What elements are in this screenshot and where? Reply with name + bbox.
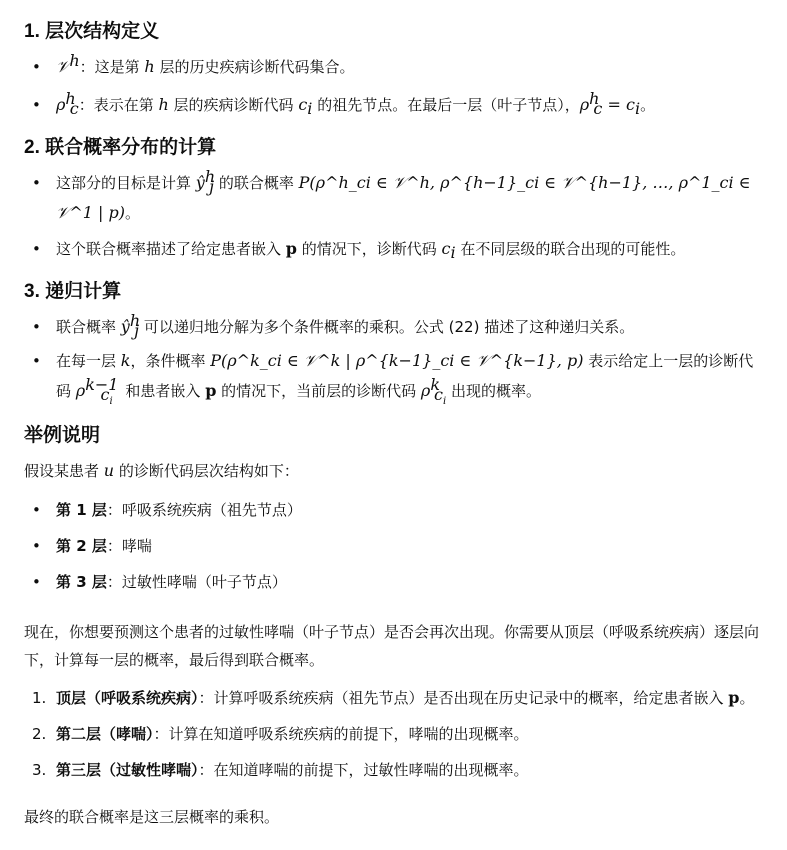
text: ，条件概率 — [130, 352, 210, 370]
math-var: ŷ — [121, 317, 130, 336]
level-label: 第 2 层 — [56, 537, 107, 555]
text: 的情况下，诊断代码 — [297, 240, 442, 258]
list-item: 1.顶层（呼吸系统疾病）：计算呼吸系统疾病（祖先节点）是否出现在历史记录中的概率… — [24, 682, 763, 714]
text: 假设某患者 — [24, 462, 104, 480]
text: 这个联合概率描述了给定患者嵌入 — [56, 240, 286, 258]
text: 的联合概率 — [214, 174, 299, 192]
list-item: 这个联合概率描述了给定患者嵌入 p 的情况下，诊断代码 ci 在不同层级的联合出… — [24, 234, 763, 264]
level-text: ：哮喘 — [107, 537, 152, 555]
step-label: 第二层（哮喘） — [56, 725, 154, 743]
text: 的祖先节点。在最后一层（叶子节点）， — [312, 96, 579, 114]
text: 在每一层 — [56, 352, 121, 370]
example-paragraph: 现在，你想要预测这个患者的过敏性哮喘（叶子节点）是否会再次出现。你需要从顶层（呼… — [24, 618, 763, 674]
math-sub: c — [70, 99, 79, 118]
section-title-example: 举例说明 — [24, 422, 763, 450]
level-label: 第 1 层 — [56, 501, 107, 519]
math-bold-var: p — [286, 239, 297, 258]
math-bold-var: p — [205, 381, 216, 400]
text: 在不同层级的联合出现的可能性。 — [456, 240, 686, 258]
math-symbol: 𝒱 — [56, 57, 69, 76]
list-item: 在每一层 k，条件概率 P(ρ^k_ci ∈ 𝒱^k | ρ^{k−1}_ci … — [24, 346, 763, 406]
list-item: 联合概率 ŷhj 可以递归地分解为多个条件概率的乘积。公式 (22) 描述了这种… — [24, 312, 763, 342]
section-title-joint-probability: 2. 联合概率分布的计算 — [24, 134, 763, 162]
text: ：表示在第 — [79, 96, 159, 114]
text: 。 — [739, 689, 754, 707]
text: 层的疾病诊断代码 — [169, 96, 299, 114]
math-eq: = c — [602, 95, 635, 114]
math-var: ŷ — [196, 173, 205, 192]
list-item: ρhc：表示在第 h 层的疾病诊断代码 ci 的祖先节点。在最后一层（叶子节点）… — [24, 90, 763, 120]
hierarchy-list: 𝒱h：这是第 h 层的历史疾病诊断代码集合。 ρhc：表示在第 h 层的疾病诊断… — [24, 52, 763, 120]
text: 这部分的目标是计算 — [56, 174, 196, 192]
section-title-recursive: 3. 递归计算 — [24, 278, 763, 306]
math-var: h — [158, 95, 168, 114]
section-title-hierarchy: 1. 层次结构定义 — [24, 18, 763, 46]
list-item: 3.第三层（过敏性哮喘）：在知道哮喘的前提下，过敏性哮喘的出现概率。 — [24, 754, 763, 786]
math-var: c — [298, 95, 307, 114]
list-item: 第 3 层：过敏性哮喘（叶子节点） — [24, 564, 763, 600]
math-symbol: ρ — [76, 381, 85, 400]
math-symbol: ρ — [580, 95, 589, 114]
list-item: 𝒱h：这是第 h 层的历史疾病诊断代码集合。 — [24, 52, 763, 82]
math-formula: P(ρ^k_ci ∈ 𝒱^k | ρ^{k−1}_ci ∈ 𝒱^{k−1}, p… — [210, 351, 583, 370]
math-sub: ci — [434, 385, 446, 404]
math-bold-var: p — [728, 688, 739, 707]
text: 可以递归地分解为多个条件概率的乘积。公式 (22) 描述了这种递归关系。 — [139, 318, 634, 336]
step-number: 3. — [32, 754, 46, 786]
list-item: 这部分的目标是计算 ŷhj 的联合概率 P(ρ^h_ci ∈ 𝒱^h, ρ^{h… — [24, 168, 763, 228]
example-intro: 假设某患者 u 的诊断代码层次结构如下： — [24, 458, 763, 484]
text: 的诊断代码层次结构如下： — [114, 462, 299, 480]
math-symbol: ρ — [56, 95, 65, 114]
step-label: 顶层（呼吸系统疾病） — [56, 689, 199, 707]
text: 联合概率 — [56, 318, 121, 336]
text: 。 — [125, 204, 140, 222]
math-sub: ci — [100, 385, 112, 404]
math-symbol: ρ — [421, 381, 430, 400]
list-item: 第 1 层：呼吸系统疾病（祖先节点） — [24, 492, 763, 528]
text: 层的历史疾病诊断代码集合。 — [155, 58, 355, 76]
step-text: ：计算呼吸系统疾病（祖先节点）是否出现在历史记录中的概率，给定患者嵌入 — [199, 689, 729, 707]
step-text: ：在知道哮喘的前提下，过敏性哮喘的出现概率。 — [199, 761, 529, 779]
text: 。 — [640, 96, 655, 114]
document: 1. 层次结构定义 𝒱h：这是第 h 层的历史疾病诊断代码集合。 ρhc：表示在… — [0, 0, 787, 830]
step-text: ：计算在知道呼吸系统疾病的前提下，哮喘的出现概率。 — [154, 725, 529, 743]
level-label: 第 3 层 — [56, 573, 107, 591]
list-item: 2.第二层（哮喘）：计算在知道呼吸系统疾病的前提下，哮喘的出现概率。 — [24, 718, 763, 750]
example-levels-list: 第 1 层：呼吸系统疾病（祖先节点） 第 2 层：哮喘 第 3 层：过敏性哮喘（… — [24, 492, 763, 600]
list-item: 第 2 层：哮喘 — [24, 528, 763, 564]
text: 的情况下，当前层的诊断代码 — [216, 382, 421, 400]
text: 和患者嵌入 — [121, 382, 206, 400]
step-label: 第三层（过敏性哮喘） — [56, 761, 199, 779]
level-text: ：过敏性哮喘（叶子节点） — [107, 573, 287, 591]
step-number: 1. — [32, 682, 46, 714]
text: 出现的概率。 — [446, 382, 541, 400]
level-text: ：呼吸系统疾病（祖先节点） — [107, 501, 302, 519]
math-sup: h — [69, 51, 79, 70]
math-var: h — [144, 57, 154, 76]
joint-probability-list: 这部分的目标是计算 ŷhj 的联合概率 P(ρ^h_ci ∈ 𝒱^h, ρ^{h… — [24, 168, 763, 264]
recursive-list: 联合概率 ŷhj 可以递归地分解为多个条件概率的乘积。公式 (22) 描述了这种… — [24, 312, 763, 406]
conclusion: 最终的联合概率是这三层概率的乘积。 — [24, 804, 763, 830]
step-number: 2. — [32, 718, 46, 750]
example-steps-list: 1.顶层（呼吸系统疾病）：计算呼吸系统疾病（祖先节点）是否出现在历史记录中的概率… — [24, 682, 763, 786]
math-var: u — [104, 461, 114, 480]
text: ：这是第 — [80, 58, 145, 76]
